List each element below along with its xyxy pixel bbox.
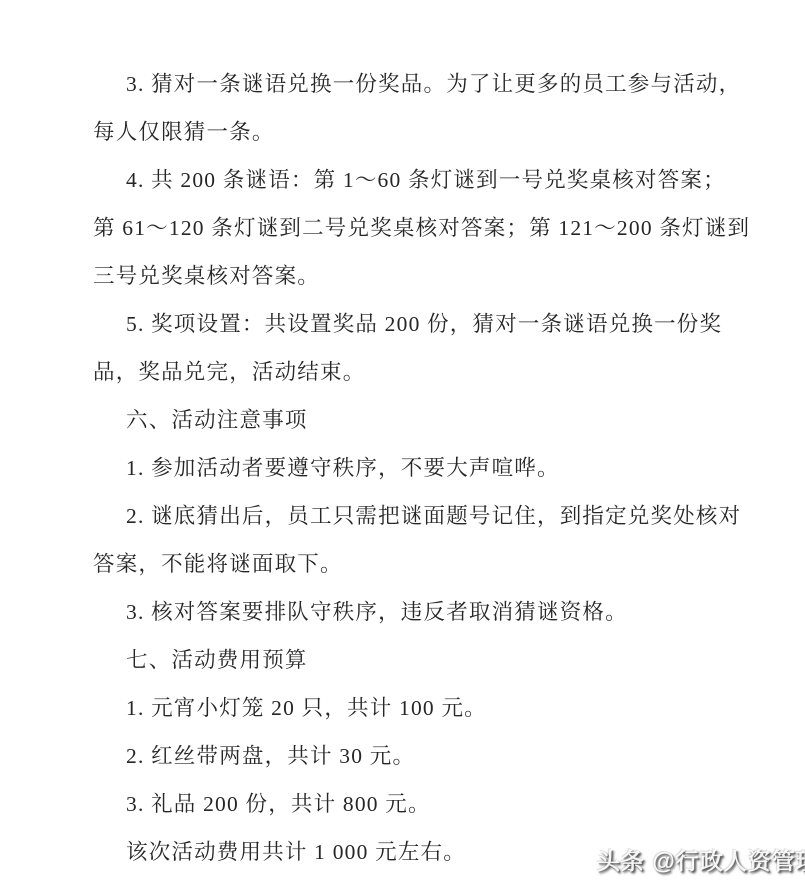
paragraph-line: 3. 核对答案要排队守秩序，违反者取消猜谜资格。 bbox=[0, 588, 805, 636]
paragraph-line: 1. 参加活动者要遵守秩序，不要大声喧哗。 bbox=[0, 444, 805, 492]
document-page: 3. 猜对一条谜语兑换一份奖品。为了让更多的员工参与活动， 每人仅限猜一条。 4… bbox=[0, 0, 805, 890]
paragraph-line: 3. 礼品 200 份，共计 800 元。 bbox=[0, 780, 805, 828]
paragraph-line: 4. 共 200 条谜语：第 1～60 条灯谜到一号兑奖桌核对答案； bbox=[0, 156, 805, 204]
paragraph-line: 2. 谜底猜出后，员工只需把谜面题号记住，到指定兑奖处核对 bbox=[0, 492, 805, 540]
document-body: 3. 猜对一条谜语兑换一份奖品。为了让更多的员工参与活动， 每人仅限猜一条。 4… bbox=[0, 60, 805, 876]
paragraph-line: 2. 红丝带两盘，共计 30 元。 bbox=[0, 732, 805, 780]
section-heading: 六、活动注意事项 bbox=[0, 396, 805, 444]
paragraph-line: 1. 元宵小灯笼 20 只，共计 100 元。 bbox=[0, 684, 805, 732]
paragraph-line: 5. 奖项设置：共设置奖品 200 份，猜对一条谜语兑换一份奖 bbox=[0, 300, 805, 348]
section-heading: 七、活动费用预算 bbox=[0, 636, 805, 684]
paragraph-line: 答案，不能将谜面取下。 bbox=[0, 540, 805, 588]
toutiao-watermark: 头条 @行政人资管理 bbox=[597, 843, 805, 876]
paragraph-line: 每人仅限猜一条。 bbox=[0, 108, 805, 156]
paragraph-line: 第 61～120 条灯谜到二号兑奖桌核对答案；第 121～200 条灯谜到 bbox=[0, 204, 805, 252]
paragraph-line: 品，奖品兑完，活动结束。 bbox=[0, 348, 805, 396]
paragraph-line: 3. 猜对一条谜语兑换一份奖品。为了让更多的员工参与活动， bbox=[0, 60, 805, 108]
paragraph-line: 三号兑奖桌核对答案。 bbox=[0, 252, 805, 300]
